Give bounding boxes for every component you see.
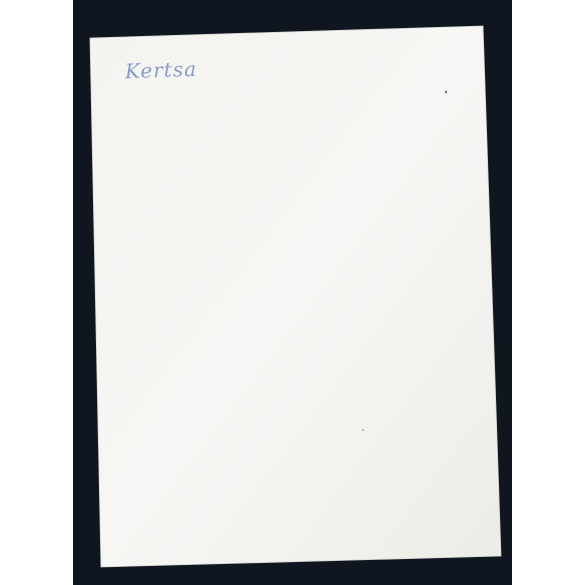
handwritten-name: Kertsa bbox=[125, 57, 198, 83]
photo-back bbox=[0, 0, 585, 585]
speck-top-right bbox=[445, 91, 448, 94]
speck-center bbox=[362, 429, 364, 431]
paper bbox=[90, 26, 501, 567]
